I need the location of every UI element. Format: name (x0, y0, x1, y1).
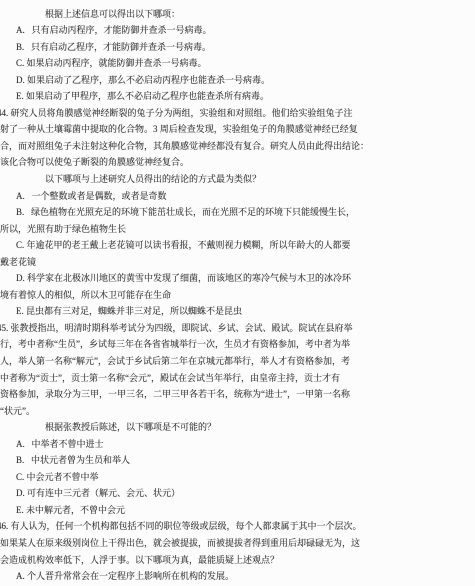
text-line: “状元”。 (0, 403, 475, 420)
text-line: 所以，光照有助于绿色植物生长 (0, 221, 475, 238)
text-line: 境有着惊人的相似，所以木卫可能存在生命 (0, 287, 475, 304)
document-page: 根据上述信息可以得出以下哪项：A. 只有启动丙程序，才能防御并查杀一号病毒。B.… (0, 0, 475, 586)
option-line: C. 中会元者不曾中举 (0, 469, 475, 486)
option-line: E. 昆虫都有三对足，蜘蛛并非三对足，所以蜘蛛不是昆虫 (0, 303, 475, 320)
question-number-line: 46. 有人认为，任何一个机构都包括不同的职位等级或层级，每个人都隶属于其中一个… (0, 518, 475, 535)
text-line: 行，考中者称“生员”，乡试每三年在各省省城举行一次，生员才有资格参加，考中者为举 (0, 336, 475, 353)
text-line: 合，而对照组兔子未注射这种化合物，其角膜感觉神经都没有复合。研究人员由此得出结论… (0, 138, 475, 155)
question-stem-line: 以下哪项与上述研究人员得出的结论的方式最为类似？ (0, 171, 475, 188)
option-line: C. 年逾花甲的老王戴上老花镜可以读书看报，不戴则视力模糊，所以年龄大的人都要 (0, 237, 475, 254)
option-line: D. 可有连中三元者（解元、会元、状元） (0, 485, 475, 502)
option-line: A. 一个整数或者是偶数，或者是奇数 (0, 188, 475, 205)
option-line: B. 只有启动乙程序，才能防御并查杀一号病毒。 (0, 39, 475, 56)
option-line: A. 个人晋升常常会在一定程序上影响所在机构的发展。 (0, 568, 475, 585)
text-line: 中者称为“贡士”，贡士第一名称“会元”，殿试在会试当年举行，由皇帝主持，贡士才有 (0, 370, 475, 387)
text-line: 戴老花镜 (0, 254, 475, 271)
text-line: 资格参加，录取分为三甲，一甲三名，二甲三甲各若干名，统称为“进士”，一甲第一名称 (0, 386, 475, 403)
text-line: 射了一种从土壤霉菌中提取的化合物。3 周后检查发现，实验组兔子的角膜感觉神经已经… (0, 121, 475, 138)
option-line: E. 如果启动了甲程序，那么不必启动乙程序也能查杀所有病毒。 (0, 88, 475, 105)
option-line: B. 绿色植物在光照充足的环境下能茁壮成长，而在光照不足的环境下只能缓慢生长， (0, 204, 475, 221)
question-stem-line: 根据上述信息可以得出以下哪项： (0, 6, 475, 23)
question-number-line: 44. 研究人员将角膜感觉神经断裂的兔子分为两组，实验组和对照组。他们给实验组兔… (0, 105, 475, 122)
text-line: 人，举人第一名称“解元”，会试于乡试后第二年在京城元都举行，举人才有资格参加，考 (0, 353, 475, 370)
document-lines: 根据上述信息可以得出以下哪项：A. 只有启动丙程序，才能防御并查杀一号病毒。B.… (0, 6, 475, 585)
option-line: A. 中举者不曾中进士 (0, 436, 475, 453)
option-line: D. 科学家在北极冰川地区的黄雪中发现了细菌，而该地区的寒冷气候与木卫的冰冷环 (0, 270, 475, 287)
question-stem-line: 根据张教授后陈述，以下哪项是不可能的？ (0, 419, 475, 436)
text-line: 该化合物可以使兔子断裂的角膜感觉神经复合。 (0, 154, 475, 171)
text-line: 如果某人在原来级别岗位上干得出色，就会被提拔，而被提拔者得到重用后却碌碌无为，这 (0, 535, 475, 552)
question-number-line: 45. 张教授指出，明清时期科举考试分为四级，即院试、乡试、会试、殿试。院试在县… (0, 320, 475, 337)
option-line: E. 未中解元者，不曾中会元 (0, 502, 475, 519)
option-line: C. 如果启动丙程序，就能防御并查杀一号病毒。 (0, 55, 475, 72)
option-line: D. 如果启动了乙程序，那么不必启动丙程序也能查杀一号病毒。 (0, 72, 475, 89)
option-line: B. 中状元者曾为生员和举人 (0, 452, 475, 469)
text-line: 会造成机构效率低下，人浮于事。以下哪项为真，最能质疑上述观点？ (0, 552, 475, 569)
option-line: A. 只有启动丙程序，才能防御并查杀一号病毒。 (0, 22, 475, 39)
